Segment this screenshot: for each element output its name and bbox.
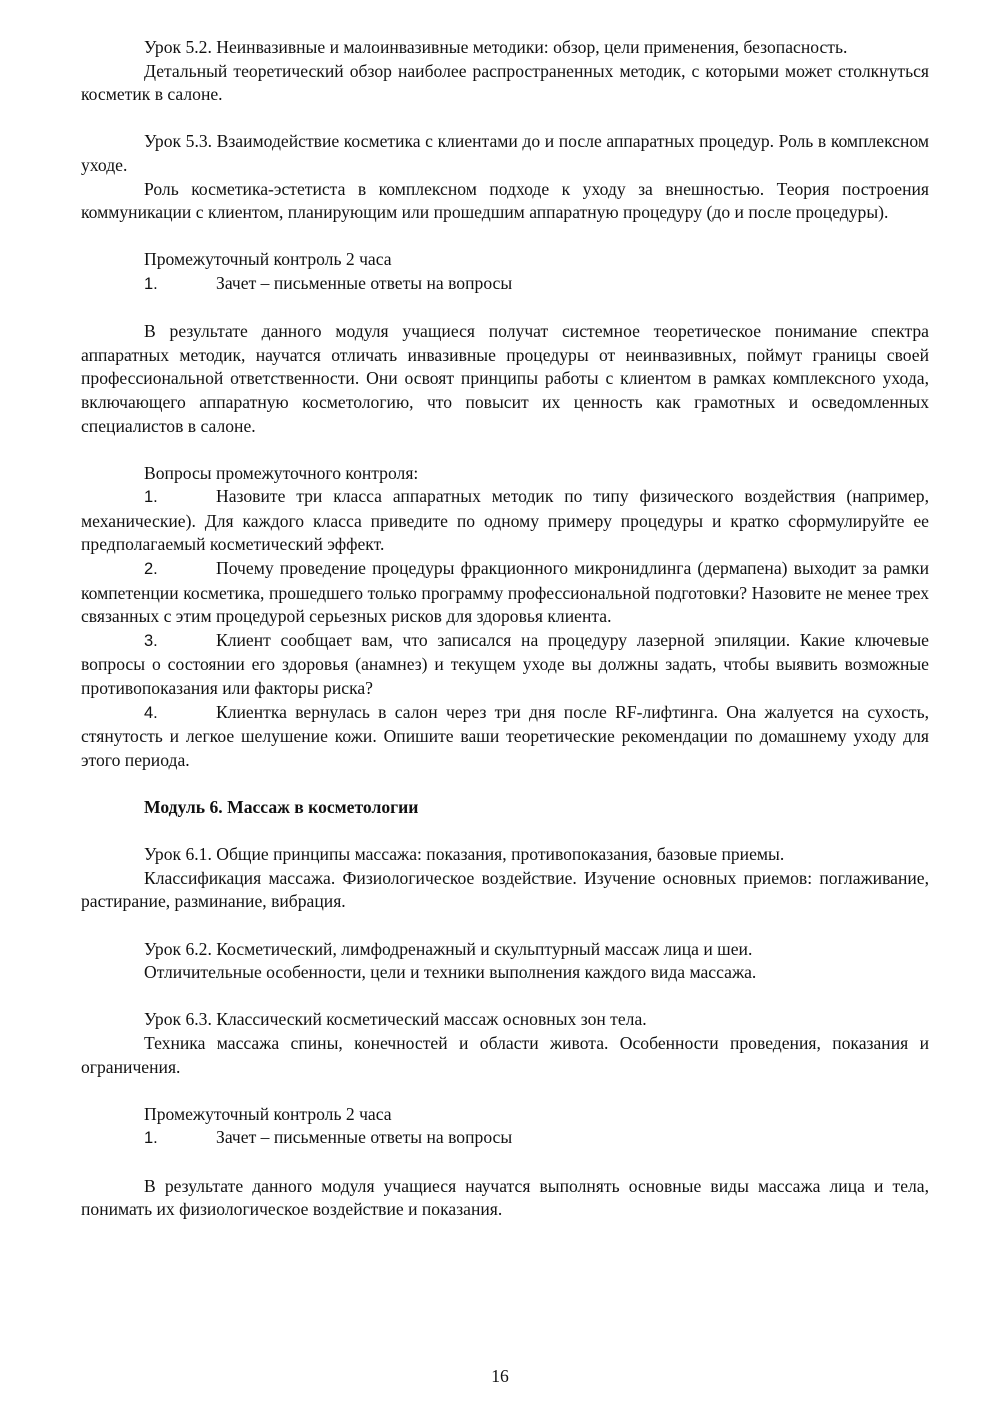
- list-item-text: Зачет – письменные ответы на вопросы: [216, 273, 512, 293]
- spacer: [81, 820, 929, 844]
- question-item: 3.Клиент сообщает вам, что записался на …: [81, 629, 929, 701]
- lesson-6-3-description: Техника массажа спины, конечностей и обл…: [81, 1032, 929, 1079]
- spacer: [81, 297, 929, 321]
- module-6-control-title: Промежуточный контроль 2 часа: [81, 1103, 929, 1127]
- list-item-text: Зачет – письменные ответы на вопросы: [216, 1127, 512, 1147]
- page-number: 16: [0, 1366, 1000, 1387]
- module-6-control-item: 1.Зачет – письменные ответы на вопросы: [81, 1126, 929, 1151]
- lesson-5-3-description: Роль косметика-эстетиста в комплексном п…: [81, 178, 929, 225]
- module-5-questions-title: Вопросы промежуточного контроля:: [81, 462, 929, 486]
- lesson-6-1-description: Классификация массажа. Физиологическое в…: [81, 867, 929, 914]
- list-number: 1.: [144, 486, 216, 510]
- list-number: 1.: [144, 1127, 216, 1151]
- list-number: 4.: [144, 702, 216, 726]
- spacer: [81, 1151, 929, 1175]
- list-number: 2.: [144, 558, 216, 582]
- spacer: [81, 772, 929, 796]
- module-6-result: В результате данного модуля учащиеся нау…: [81, 1175, 929, 1222]
- lesson-5-3-title: Урок 5.3. Взаимодействие косметика с кли…: [81, 130, 929, 177]
- document-page: Урок 5.2. Неинвазивные и малоинвазивные …: [81, 36, 929, 1222]
- lesson-6-3-title: Урок 6.3. Классический косметический мас…: [81, 1008, 929, 1032]
- lesson-6-2-title: Урок 6.2. Косметический, лимфодренажный …: [81, 938, 929, 962]
- question-item: 4.Клиентка вернулась в салон через три д…: [81, 701, 929, 773]
- spacer: [81, 985, 929, 1009]
- lesson-6-1-title: Урок 6.1. Общие принципы массажа: показа…: [81, 843, 929, 867]
- spacer: [81, 1079, 929, 1103]
- spacer: [81, 438, 929, 462]
- lesson-5-2-title: Урок 5.2. Неинвазивные и малоинвазивные …: [81, 36, 929, 60]
- module-5-result: В результате данного модуля учащиеся пол…: [81, 320, 929, 438]
- spacer: [81, 107, 929, 131]
- list-number: 1.: [144, 273, 216, 297]
- spacer: [81, 225, 929, 249]
- lesson-6-2-description: Отличительные особенности, цели и техник…: [81, 961, 929, 985]
- module-6-heading: Модуль 6. Массаж в косметологии: [81, 796, 929, 820]
- question-item: 2.Почему проведение процедуры фракционно…: [81, 557, 929, 629]
- spacer: [81, 914, 929, 938]
- list-number: 3.: [144, 630, 216, 654]
- module-5-control-item: 1.Зачет – письменные ответы на вопросы: [81, 272, 929, 297]
- question-item: 1.Назовите три класса аппаратных методик…: [81, 485, 929, 557]
- module-5-control-title: Промежуточный контроль 2 часа: [81, 248, 929, 272]
- lesson-5-2-description: Детальный теоретический обзор наиболее р…: [81, 60, 929, 107]
